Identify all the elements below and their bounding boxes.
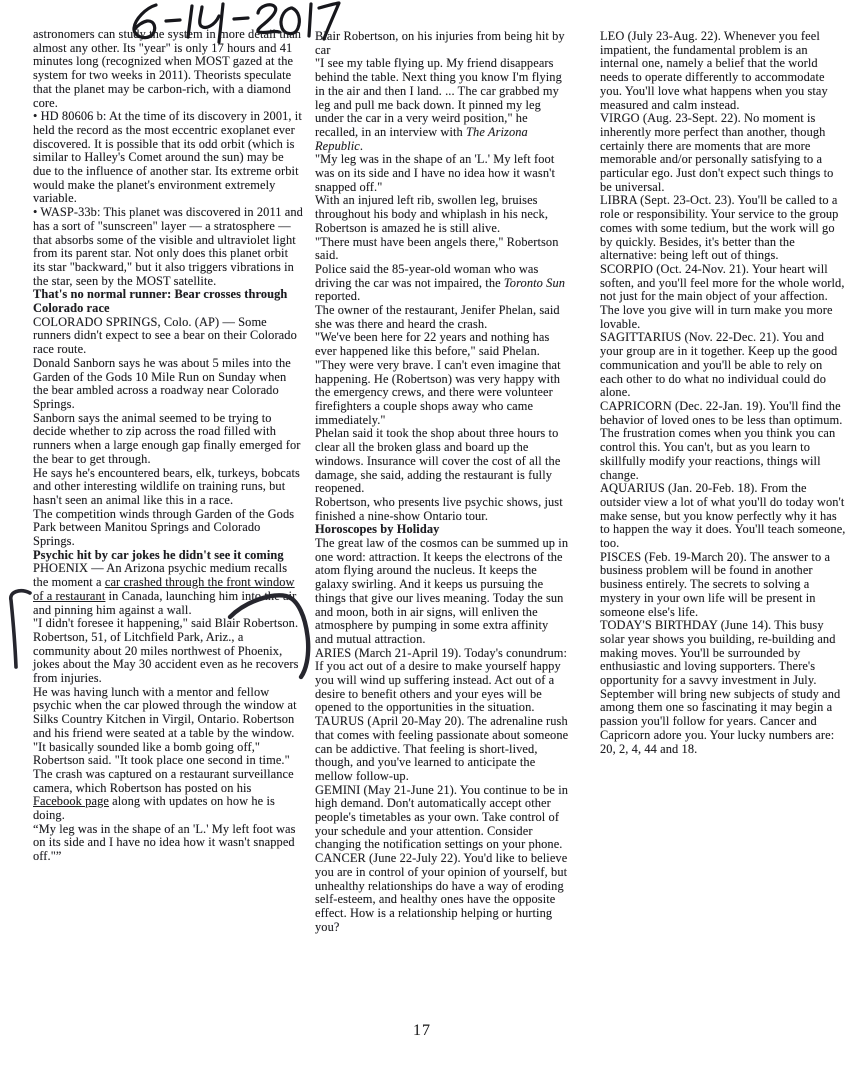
article-heading: Horoscopes by Holiday [315,523,569,537]
text-run: • WASP-33b: This planet was discovered i… [33,205,303,288]
paragraph: “My leg was in the shape of an 'L.' My l… [33,823,303,864]
paragraph: Robertson, who presents live psychic sho… [315,496,569,523]
text-run: He was having lunch with a mentor and fe… [33,685,297,740]
text-run: The crash was captured on a restaurant s… [33,767,294,795]
paragraph: The owner of the restaurant, Jenifer Phe… [315,304,569,331]
paragraph: • HD 80606 b: At the time of its discove… [33,110,303,206]
text-run: The owner of the restaurant, Jenifer Phe… [315,303,560,331]
text-run: TAURUS (April 20-May 20). The adrenaline… [315,714,568,783]
text-run: “My leg was in the shape of an 'L.' My l… [33,822,296,863]
paragraph: Police said the 85-year-old woman who wa… [315,263,569,304]
margin-bracket-mark [4,586,32,678]
text-run: Blair Robertson, on his injuries from be… [315,29,565,57]
paragraph: TAURUS (April 20-May 20). The adrenaline… [315,715,569,784]
text-run: "My leg was in the shape of an 'L.' My l… [315,152,555,193]
paragraph: Blair Robertson, on his injuries from be… [315,30,569,57]
text-run: Sanborn says the animal seemed to be try… [33,411,301,466]
column-1: astronomers can study the system in more… [33,28,303,864]
text-run: Horoscopes by Holiday [315,522,439,536]
column-2: Blair Robertson, on his injuries from be… [315,30,569,934]
text-run: LIBRA (Sept. 23-Oct. 23). You'll be call… [600,193,838,262]
text-run: PISCES (Feb. 19-March 20). The answer to… [600,550,830,619]
text-run: That's no normal runner: Bear crosses th… [33,287,287,315]
paragraph: Sanborn says the animal seemed to be try… [33,412,303,467]
italic-text: Toronto Sun [504,276,565,290]
paragraph: PISCES (Feb. 19-March 20). The answer to… [600,551,846,620]
paragraph: CANCER (June 22-July 22). You'd like to … [315,852,569,934]
text-run: COLORADO SPRINGS, Colo. (AP) — Some runn… [33,315,297,356]
text-run: Phelan said it took the shop about three… [315,426,560,495]
paragraph: CAPRICORN (Dec. 22-Jan. 19). You'll find… [600,400,846,482]
paragraph: astronomers can study the system in more… [33,28,303,110]
paragraph: SAGITTARIUS (Nov. 22-Dec. 21). You and y… [600,331,846,400]
paragraph: LEO (July 23-Aug. 22). Whenever you feel… [600,30,846,112]
scanned-page: 6-14-2017 astronomers can study the syst… [0,0,850,1084]
article-heading: That's no normal runner: Bear crosses th… [33,288,303,315]
paragraph: GEMINI (May 21-June 21). You continue to… [315,784,569,853]
paragraph: He was having lunch with a mentor and fe… [33,686,303,741]
text-run: "There must have been angels there," Rob… [315,235,559,263]
text-run: . [360,139,363,153]
paragraph: The competition winds through Garden of … [33,508,303,549]
text-run: VIRGO (Aug. 23-Sept. 22). No moment is i… [600,111,833,194]
text-run: CANCER (June 22-July 22). You'd like to … [315,851,567,934]
column-3: LEO (July 23-Aug. 22). Whenever you feel… [600,30,846,756]
paragraph: AQUARIUS (Jan. 20-Feb. 18). From the out… [600,482,846,551]
text-run: Donald Sanborn says he was about 5 miles… [33,356,291,411]
paragraph: The crash was captured on a restaurant s… [33,768,303,823]
text-run: He says he's encountered bears, elk, tur… [33,466,300,507]
text-run: With an injured left rib, swollen leg, b… [315,193,548,234]
text-run: • HD 80606 b: At the time of its discove… [33,109,302,205]
paragraph: VIRGO (Aug. 23-Sept. 22). No moment is i… [600,112,846,194]
text-run: CAPRICORN (Dec. 22-Jan. 19). You'll find… [600,399,843,482]
text-run: ARIES (March 21-April 19). Today's conun… [315,646,567,715]
paragraph: "We've been here for 22 years and nothin… [315,331,569,427]
underlined-text: Facebook page [33,794,109,808]
curve-annotation-mark [224,589,320,689]
text-run: The competition winds through Garden of … [33,507,294,548]
text-run: Psychic hit by car jokes he didn't see i… [33,548,284,562]
paragraph: • WASP-33b: This planet was discovered i… [33,206,303,288]
paragraph: "There must have been angels there," Rob… [315,236,569,263]
text-run: "We've been here for 22 years and nothin… [315,330,561,426]
text-run: astronomers can study the system in more… [33,27,301,110]
paragraph: He says he's encountered bears, elk, tur… [33,467,303,508]
text-run: LEO (July 23-Aug. 22). Whenever you feel… [600,29,828,112]
paragraph: "It basically sounded like a bomb going … [33,741,303,768]
paragraph: SCORPIO (Oct. 24-Nov. 21). Your heart wi… [600,263,846,332]
text-run: Robertson, who presents live psychic sho… [315,495,563,523]
paragraph: "I see my table flying up. My friend dis… [315,57,569,153]
text-run: AQUARIUS (Jan. 20-Feb. 18). From the out… [600,481,846,550]
paragraph: "My leg was in the shape of an 'L.' My l… [315,153,569,194]
text-run: "It basically sounded like a bomb going … [33,740,290,768]
paragraph: ARIES (March 21-April 19). Today's conun… [315,647,569,716]
paragraph: LIBRA (Sept. 23-Oct. 23). You'll be call… [600,194,846,263]
page-number: 17 [413,1022,431,1040]
paragraph: Phelan said it took the shop about three… [315,427,569,496]
paragraph: COLORADO SPRINGS, Colo. (AP) — Some runn… [33,316,303,357]
paragraph: TODAY'S BIRTHDAY (June 14). This busy so… [600,619,846,756]
text-run: GEMINI (May 21-June 21). You continue to… [315,783,568,852]
text-run: SAGITTARIUS (Nov. 22-Dec. 21). You and y… [600,330,837,399]
text-run: SCORPIO (Oct. 24-Nov. 21). Your heart wi… [600,262,845,331]
paragraph: Donald Sanborn says he was about 5 miles… [33,357,303,412]
text-run: reported. [315,289,360,303]
paragraph: With an injured left rib, swollen leg, b… [315,194,569,235]
paragraph: The great law of the cosmos can be summe… [315,537,569,647]
text-run: The great law of the cosmos can be summe… [315,536,568,646]
text-run: TODAY'S BIRTHDAY (June 14). This busy so… [600,618,840,755]
article-heading: Psychic hit by car jokes he didn't see i… [33,549,303,563]
